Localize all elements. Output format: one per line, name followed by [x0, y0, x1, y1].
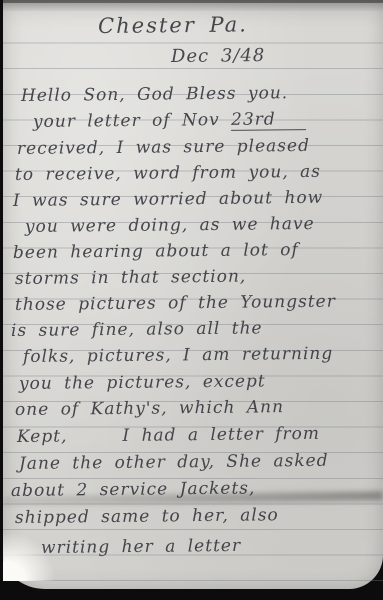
letter-line: Kept,I had a letter from	[17, 424, 320, 447]
letter-line: is sure fine, also all the	[11, 318, 263, 341]
letter-line: shipped same to her, also	[15, 505, 279, 528]
letter-line: been hearing about a lot of	[13, 240, 299, 263]
letter-line-text: I had a letter from	[122, 424, 320, 446]
letter-place: Chester Pa.	[3, 11, 343, 39]
letter-line: received, I was sure pleased	[17, 136, 310, 159]
letter-line: you the pictures, except	[19, 371, 266, 394]
letter-line: Hello Son, God Bless you.	[21, 83, 288, 106]
letter-line: writing her a letter	[41, 536, 241, 558]
letter-line: to receive, word from you, as	[15, 162, 321, 185]
letter-line: those pictures of the Youngster	[15, 292, 336, 315]
letter-page: Chester Pa. Dec 3/48 Hello Son, God Bles…	[3, 0, 383, 589]
letter-line: folks, pictures, I am returning	[23, 344, 333, 367]
letter-date: Dec 3/48	[171, 45, 266, 67]
underlined-date-text: 23rd	[231, 109, 306, 131]
scanned-letter: Chester Pa. Dec 3/48 Hello Son, God Bles…	[0, 0, 383, 600]
letter-line: I was sure worried about how	[13, 188, 323, 211]
letter-line-text: Kept,	[17, 426, 68, 447]
scan-top-shadow	[3, 0, 383, 3]
letter-line: storms in that section,	[15, 267, 246, 289]
letter-line: Jane the other day, She asked	[19, 451, 329, 474]
letter-line: you were doing, as we have	[25, 214, 315, 237]
letter-line: one of Kathy's, which Ann	[15, 397, 284, 420]
letter-line-text: your letter of Nov	[33, 110, 220, 132]
letter-line: your letter of Nov 23rd	[33, 109, 306, 132]
